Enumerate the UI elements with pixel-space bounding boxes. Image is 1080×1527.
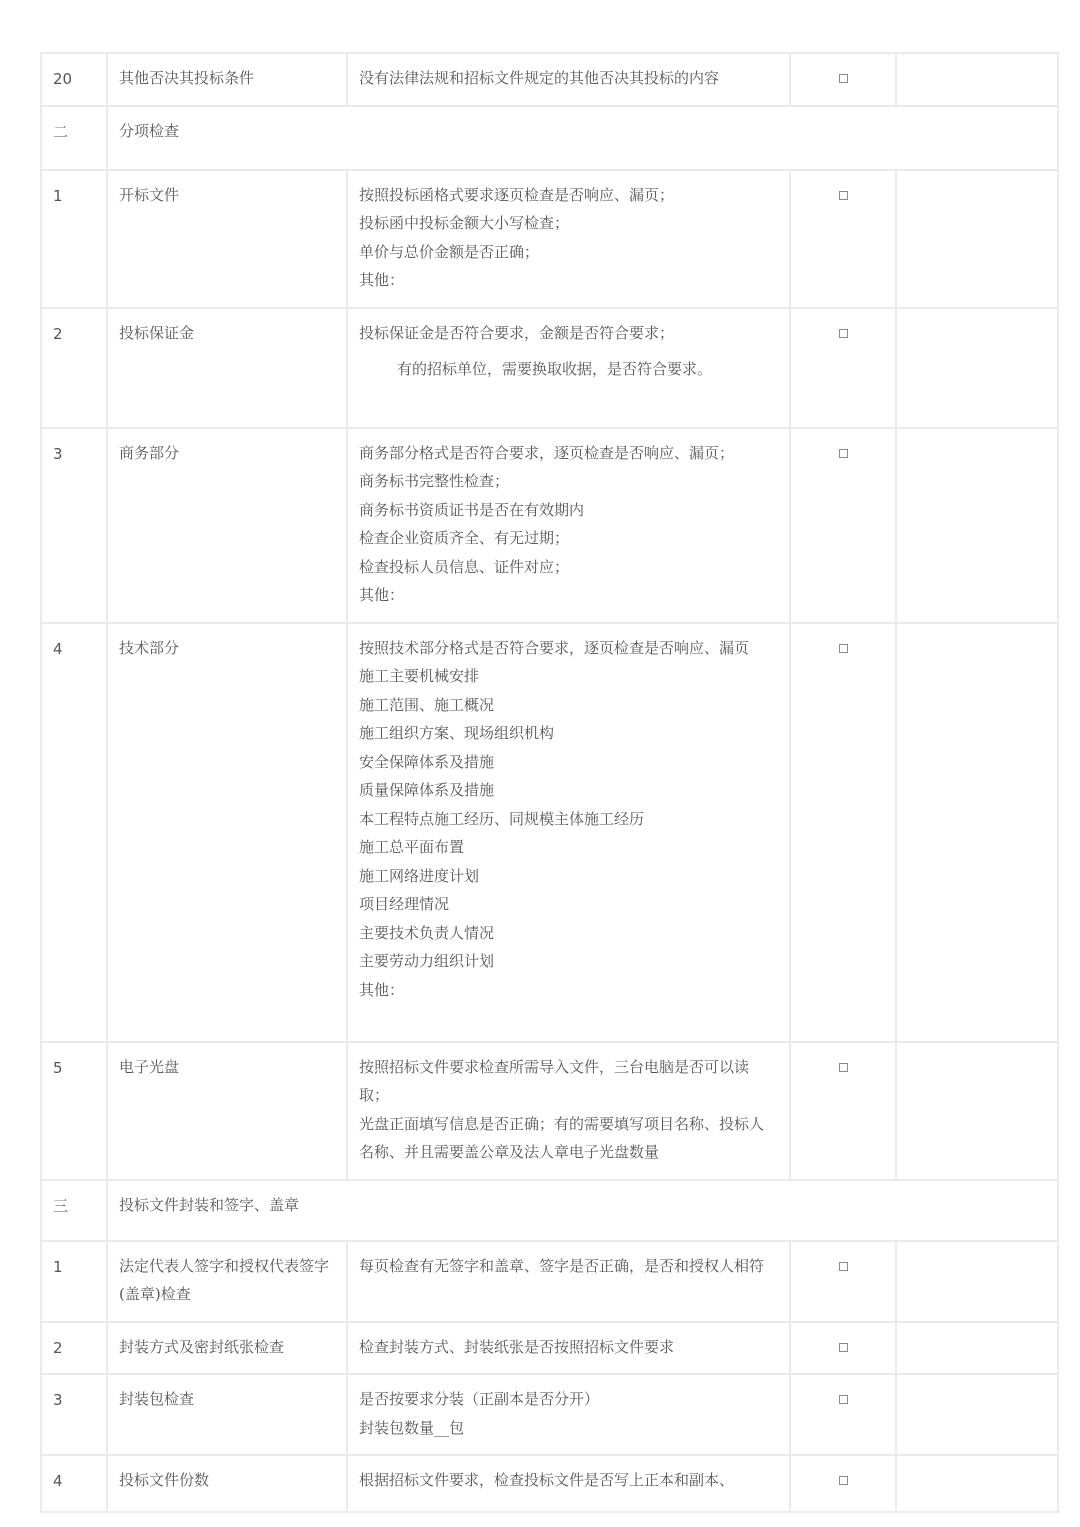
section-title-cell: 分项检查 [107, 106, 1058, 170]
check-description-cell: 是否按要求分装（正副本是否分开）封装包数量__包 [347, 1374, 790, 1455]
row-number: 1 [41, 1241, 107, 1322]
row-number-text: 2 [53, 1323, 106, 1363]
remarks-cell [896, 623, 1058, 1042]
checkbox-cell [790, 1455, 896, 1512]
row-number: 2 [41, 308, 107, 428]
checkbox-cell [790, 1241, 896, 1322]
checkbox-icon[interactable] [839, 329, 848, 338]
description-line: 每页检查有无签字和盖章、签字是否正确，是否和授权人相符 [359, 1252, 778, 1281]
description-line: 施工范围、施工概况 [359, 691, 778, 720]
check-description-cell: 按照技术部分格式是否符合要求，逐页检查是否响应、漏页施工主要机械安排施工范围、施… [347, 623, 790, 1042]
checkbox-cell [790, 308, 896, 428]
check-description-cell: 商务部分格式是否符合要求，逐页检查是否响应、漏页；商务标书完整性检查；商务标书资… [347, 428, 790, 623]
section-row: 二分项检查 [41, 106, 1058, 170]
row-number: 二 [41, 106, 107, 170]
check-item-name: 投标文件份数 [108, 1456, 346, 1507]
table-row: 3商务部分商务部分格式是否符合要求，逐页检查是否响应、漏页；商务标书完整性检查；… [41, 428, 1058, 623]
description-line: 其他： [359, 266, 778, 295]
check-item-name: 其他否决其投标条件 [108, 54, 346, 105]
checkbox-icon[interactable] [839, 1343, 848, 1352]
table-row: 1法定代表人签字和授权代表签字(盖章)检查每页检查有无签字和盖章、签字是否正确，… [41, 1241, 1058, 1322]
description-line: 检查封装方式、封装纸张是否按照招标文件要求 [359, 1333, 778, 1362]
description-line: 施工主要机械安排 [359, 662, 778, 691]
remarks-cell [896, 1042, 1058, 1180]
remarks-cell [896, 1374, 1058, 1455]
check-item-name: 封装包检查 [108, 1375, 346, 1426]
description-line: 按照技术部分格式是否符合要求，逐页检查是否响应、漏页 [359, 634, 778, 663]
check-description-cell: 按照投标函格式要求逐页检查是否响应、漏页；投标函中投标金额大小写检查；单价与总价… [347, 170, 790, 308]
description-line: 封装包数量__包 [359, 1414, 778, 1443]
row-number: 3 [41, 428, 107, 623]
table-row: 20其他否决其投标条件没有法律法规和招标文件规定的其他否决其投标的内容 [41, 53, 1058, 106]
description-line: 没有法律法规和招标文件规定的其他否决其投标的内容 [359, 64, 778, 93]
section-title-cell: 投标文件封装和签字、盖章 [107, 1180, 1058, 1241]
check-item-name: 电子光盘 [108, 1043, 346, 1094]
description-line: 项目经理情况 [359, 890, 778, 919]
check-item-name: 技术部分 [108, 624, 346, 675]
row-number: 3 [41, 1374, 107, 1455]
row-number-text: 4 [53, 624, 106, 664]
check-description-cell: 根据招标文件要求，检查投标文件是否写上正本和副本、 [347, 1455, 790, 1512]
checkbox-cell [790, 1374, 896, 1455]
description-line: 其他： [359, 976, 778, 1005]
description-line: 商务部分格式是否符合要求，逐页检查是否响应、漏页； [359, 439, 778, 468]
checkbox-icon[interactable] [839, 449, 848, 458]
description-line: 商务标书资质证书是否在有效期内 [359, 496, 778, 525]
checkbox-icon[interactable] [839, 191, 848, 200]
description-line: 其他： [359, 581, 778, 610]
checkbox-cell [790, 428, 896, 623]
check-item-name: 封装方式及密封纸张检查 [108, 1323, 346, 1374]
description-line: 光盘正面填写信息是否正确；有的需要填写项目名称、投标人名称、并且需要盖公章及法人… [359, 1110, 778, 1167]
row-number-text: 二 [53, 107, 106, 147]
checkbox-icon[interactable] [839, 1476, 848, 1485]
description-line: 施工总平面布置 [359, 833, 778, 862]
row-number-text: 3 [53, 429, 106, 469]
description-line: 本工程特点施工经历、同规模主体施工经历 [359, 805, 778, 834]
check-item-name: 开标文件 [108, 171, 346, 222]
remarks-cell [896, 308, 1058, 428]
description-line: 投标函中投标金额大小写检查； [359, 209, 778, 238]
checkbox-icon[interactable] [839, 1063, 848, 1072]
row-number: 三 [41, 1180, 107, 1241]
table-row: 1开标文件按照投标函格式要求逐页检查是否响应、漏页；投标函中投标金额大小写检查；… [41, 170, 1058, 308]
remarks-cell [896, 428, 1058, 623]
table-row: 3封装包检查是否按要求分装（正副本是否分开）封装包数量__包 [41, 1374, 1058, 1455]
table-row: 2封装方式及密封纸张检查检查封装方式、封装纸张是否按照招标文件要求 [41, 1322, 1058, 1375]
bid-checklist-table: 20其他否决其投标条件没有法律法规和招标文件规定的其他否决其投标的内容二分项检查… [40, 52, 1059, 1513]
remarks-cell [896, 1322, 1058, 1375]
check-item-cell: 电子光盘 [107, 1042, 347, 1180]
row-number: 2 [41, 1322, 107, 1375]
section-title: 分项检查 [108, 107, 1057, 158]
check-item-cell: 法定代表人签字和授权代表签字(盖章)检查 [107, 1241, 347, 1322]
description-line: 是否按要求分装（正副本是否分开） [359, 1385, 778, 1414]
check-description-cell: 投标保证金是否符合要求，金额是否符合要求；有的招标单位，需要换取收据，是否符合要… [347, 308, 790, 428]
row-number-text: 4 [53, 1456, 106, 1496]
check-item-cell: 封装方式及密封纸张检查 [107, 1322, 347, 1375]
description-line: 主要技术负责人情况 [359, 919, 778, 948]
description-line: 按照投标函格式要求逐页检查是否响应、漏页； [359, 181, 778, 210]
description-line: 投标保证金是否符合要求，金额是否符合要求； [359, 319, 778, 348]
description-line: 检查投标人员信息、证件对应； [359, 553, 778, 582]
row-number-text: 5 [53, 1043, 106, 1083]
table-row: 2投标保证金投标保证金是否符合要求，金额是否符合要求；有的招标单位，需要换取收据… [41, 308, 1058, 428]
row-number: 1 [41, 170, 107, 308]
check-description-cell: 按照招标文件要求检查所需导入文件，三台电脑是否可以读取；光盘正面填写信息是否正确… [347, 1042, 790, 1180]
checkbox-icon[interactable] [839, 1262, 848, 1271]
check-item-cell: 技术部分 [107, 623, 347, 1042]
row-number-text: 1 [53, 1242, 106, 1282]
row-number-text: 三 [53, 1181, 106, 1221]
table-row: 4技术部分按照技术部分格式是否符合要求，逐页检查是否响应、漏页施工主要机械安排施… [41, 623, 1058, 1042]
check-description-cell: 没有法律法规和招标文件规定的其他否决其投标的内容 [347, 53, 790, 106]
row-number-text: 3 [53, 1375, 106, 1415]
table-row: 5电子光盘按照招标文件要求检查所需导入文件，三台电脑是否可以读取；光盘正面填写信… [41, 1042, 1058, 1180]
remarks-cell [896, 1241, 1058, 1322]
check-item-name: 法定代表人签字和授权代表签字(盖章)检查 [108, 1242, 346, 1321]
checkbox-cell [790, 1322, 896, 1375]
checkbox-cell [790, 1042, 896, 1180]
remarks-cell [896, 1455, 1058, 1512]
check-item-cell: 其他否决其投标条件 [107, 53, 347, 106]
check-item-name: 投标保证金 [108, 309, 346, 360]
row-number-text: 20 [53, 54, 106, 94]
row-number: 5 [41, 1042, 107, 1180]
remarks-cell [896, 53, 1058, 106]
description-line: 单价与总价金额是否正确； [359, 238, 778, 267]
checkbox-cell [790, 53, 896, 106]
check-item-cell: 商务部分 [107, 428, 347, 623]
check-item-cell: 投标文件份数 [107, 1455, 347, 1512]
check-item-cell: 开标文件 [107, 170, 347, 308]
description-line: 根据招标文件要求，检查投标文件是否写上正本和副本、 [359, 1466, 778, 1495]
check-description-cell: 检查封装方式、封装纸张是否按照招标文件要求 [347, 1322, 790, 1375]
description-line: 质量保障体系及措施 [359, 776, 778, 805]
checkbox-icon[interactable] [839, 74, 848, 83]
section-row: 三投标文件封装和签字、盖章 [41, 1180, 1058, 1241]
description-line: 检查企业资质齐全、有无过期； [359, 524, 778, 553]
description-line: 施工网络进度计划 [359, 862, 778, 891]
description-line: 施工组织方案、现场组织机构 [359, 719, 778, 748]
check-item-cell: 投标保证金 [107, 308, 347, 428]
checkbox-cell [790, 170, 896, 308]
row-number: 4 [41, 1455, 107, 1512]
row-number-text: 2 [53, 309, 106, 349]
checkbox-icon[interactable] [839, 1395, 848, 1404]
remarks-cell [896, 170, 1058, 308]
description-line: 安全保障体系及措施 [359, 748, 778, 777]
checkbox-icon[interactable] [839, 644, 848, 653]
check-item-name: 商务部分 [108, 429, 346, 480]
description-line: 主要劳动力组织计划 [359, 947, 778, 976]
description-line: 商务标书完整性检查； [359, 467, 778, 496]
check-description-cell: 每页检查有无签字和盖章、签字是否正确，是否和授权人相符 [347, 1241, 790, 1322]
description-line-indented: 有的招标单位，需要换取收据，是否符合要求。 [359, 355, 778, 384]
table-row: 4投标文件份数根据招标文件要求，检查投标文件是否写上正本和副本、 [41, 1455, 1058, 1512]
section-title: 投标文件封装和签字、盖章 [108, 1181, 1057, 1232]
row-number: 4 [41, 623, 107, 1042]
check-item-cell: 封装包检查 [107, 1374, 347, 1455]
row-number: 20 [41, 53, 107, 106]
description-line: 按照招标文件要求检查所需导入文件，三台电脑是否可以读取； [359, 1053, 778, 1110]
checkbox-cell [790, 623, 896, 1042]
row-number-text: 1 [53, 171, 106, 211]
